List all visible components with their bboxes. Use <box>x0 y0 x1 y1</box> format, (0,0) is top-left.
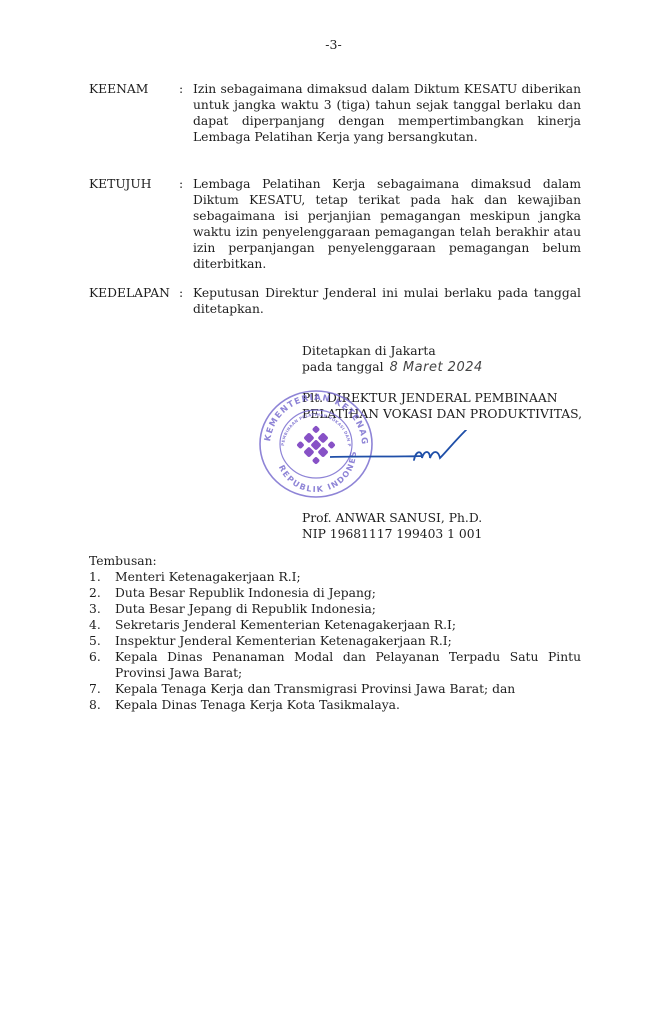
official-nip: NIP 19681117 199403 1 001 <box>302 526 602 542</box>
page-number: -3- <box>0 37 667 52</box>
diktum-colon: : <box>179 176 183 192</box>
diktum-text: Izin sebagaimana dimaksud dalam Diktum K… <box>193 81 581 145</box>
list-item: 5.Inspektur Jenderal Kementerian Ketenag… <box>89 633 581 649</box>
signature-place-date: Ditetapkan di Jakarta pada tanggal8 Mare… <box>302 343 602 376</box>
date-label: pada tanggal <box>302 360 384 374</box>
official-name: Prof. ANWAR SANUSI, Ph.D. <box>302 510 602 526</box>
diktum-label: KEDELAPAN <box>89 285 177 301</box>
diktum-colon: : <box>179 285 183 301</box>
list-item: 6.Kepala Dinas Penanaman Modal dan Pelay… <box>89 649 581 681</box>
place-line: Ditetapkan di Jakarta <box>302 343 602 359</box>
diktum-ketujuh: KETUJUH : Lembaga Pelatihan Kerja sebaga… <box>89 176 581 272</box>
date-line: pada tanggal8 Maret 2024 <box>302 359 602 376</box>
list-item: 4.Sekretaris Jenderal Kementerian Ketena… <box>89 617 581 633</box>
signature-icon <box>330 430 470 470</box>
diktum-colon: : <box>179 81 183 97</box>
list-item: 1.Menteri Ketenagakerjaan R.I; <box>89 569 581 585</box>
official-name-block: Prof. ANWAR SANUSI, Ph.D. NIP 19681117 1… <box>302 510 602 542</box>
diktum-text: Lembaga Pelatihan Kerja sebagaimana dima… <box>193 176 581 272</box>
list-item: 3.Duta Besar Jepang di Republik Indonesi… <box>89 601 581 617</box>
diktum-kedelapan: KEDELAPAN : Keputusan Direktur Jenderal … <box>89 285 581 317</box>
list-item: 7.Kepala Tenaga Kerja dan Transmigrasi P… <box>89 681 581 697</box>
diktum-label: KEENAM <box>89 81 177 97</box>
handwritten-date: 8 Maret 2024 <box>390 360 483 375</box>
tembusan-section: Tembusan: 1.Menteri Ketenagakerjaan R.I;… <box>89 553 581 713</box>
list-item: 8.Kepala Dinas Tenaga Kerja Kota Tasikma… <box>89 697 581 713</box>
diktum-keenam: KEENAM : Izin sebagaimana dimaksud dalam… <box>89 81 581 145</box>
tembusan-list: 1.Menteri Ketenagakerjaan R.I; 2.Duta Be… <box>89 569 581 713</box>
diktum-text: Keputusan Direktur Jenderal ini mulai be… <box>193 285 581 317</box>
diktum-label: KETUJUH <box>89 176 177 192</box>
list-item: 2.Duta Besar Republik Indonesia di Jepan… <box>89 585 581 601</box>
tembusan-heading: Tembusan: <box>89 553 581 569</box>
